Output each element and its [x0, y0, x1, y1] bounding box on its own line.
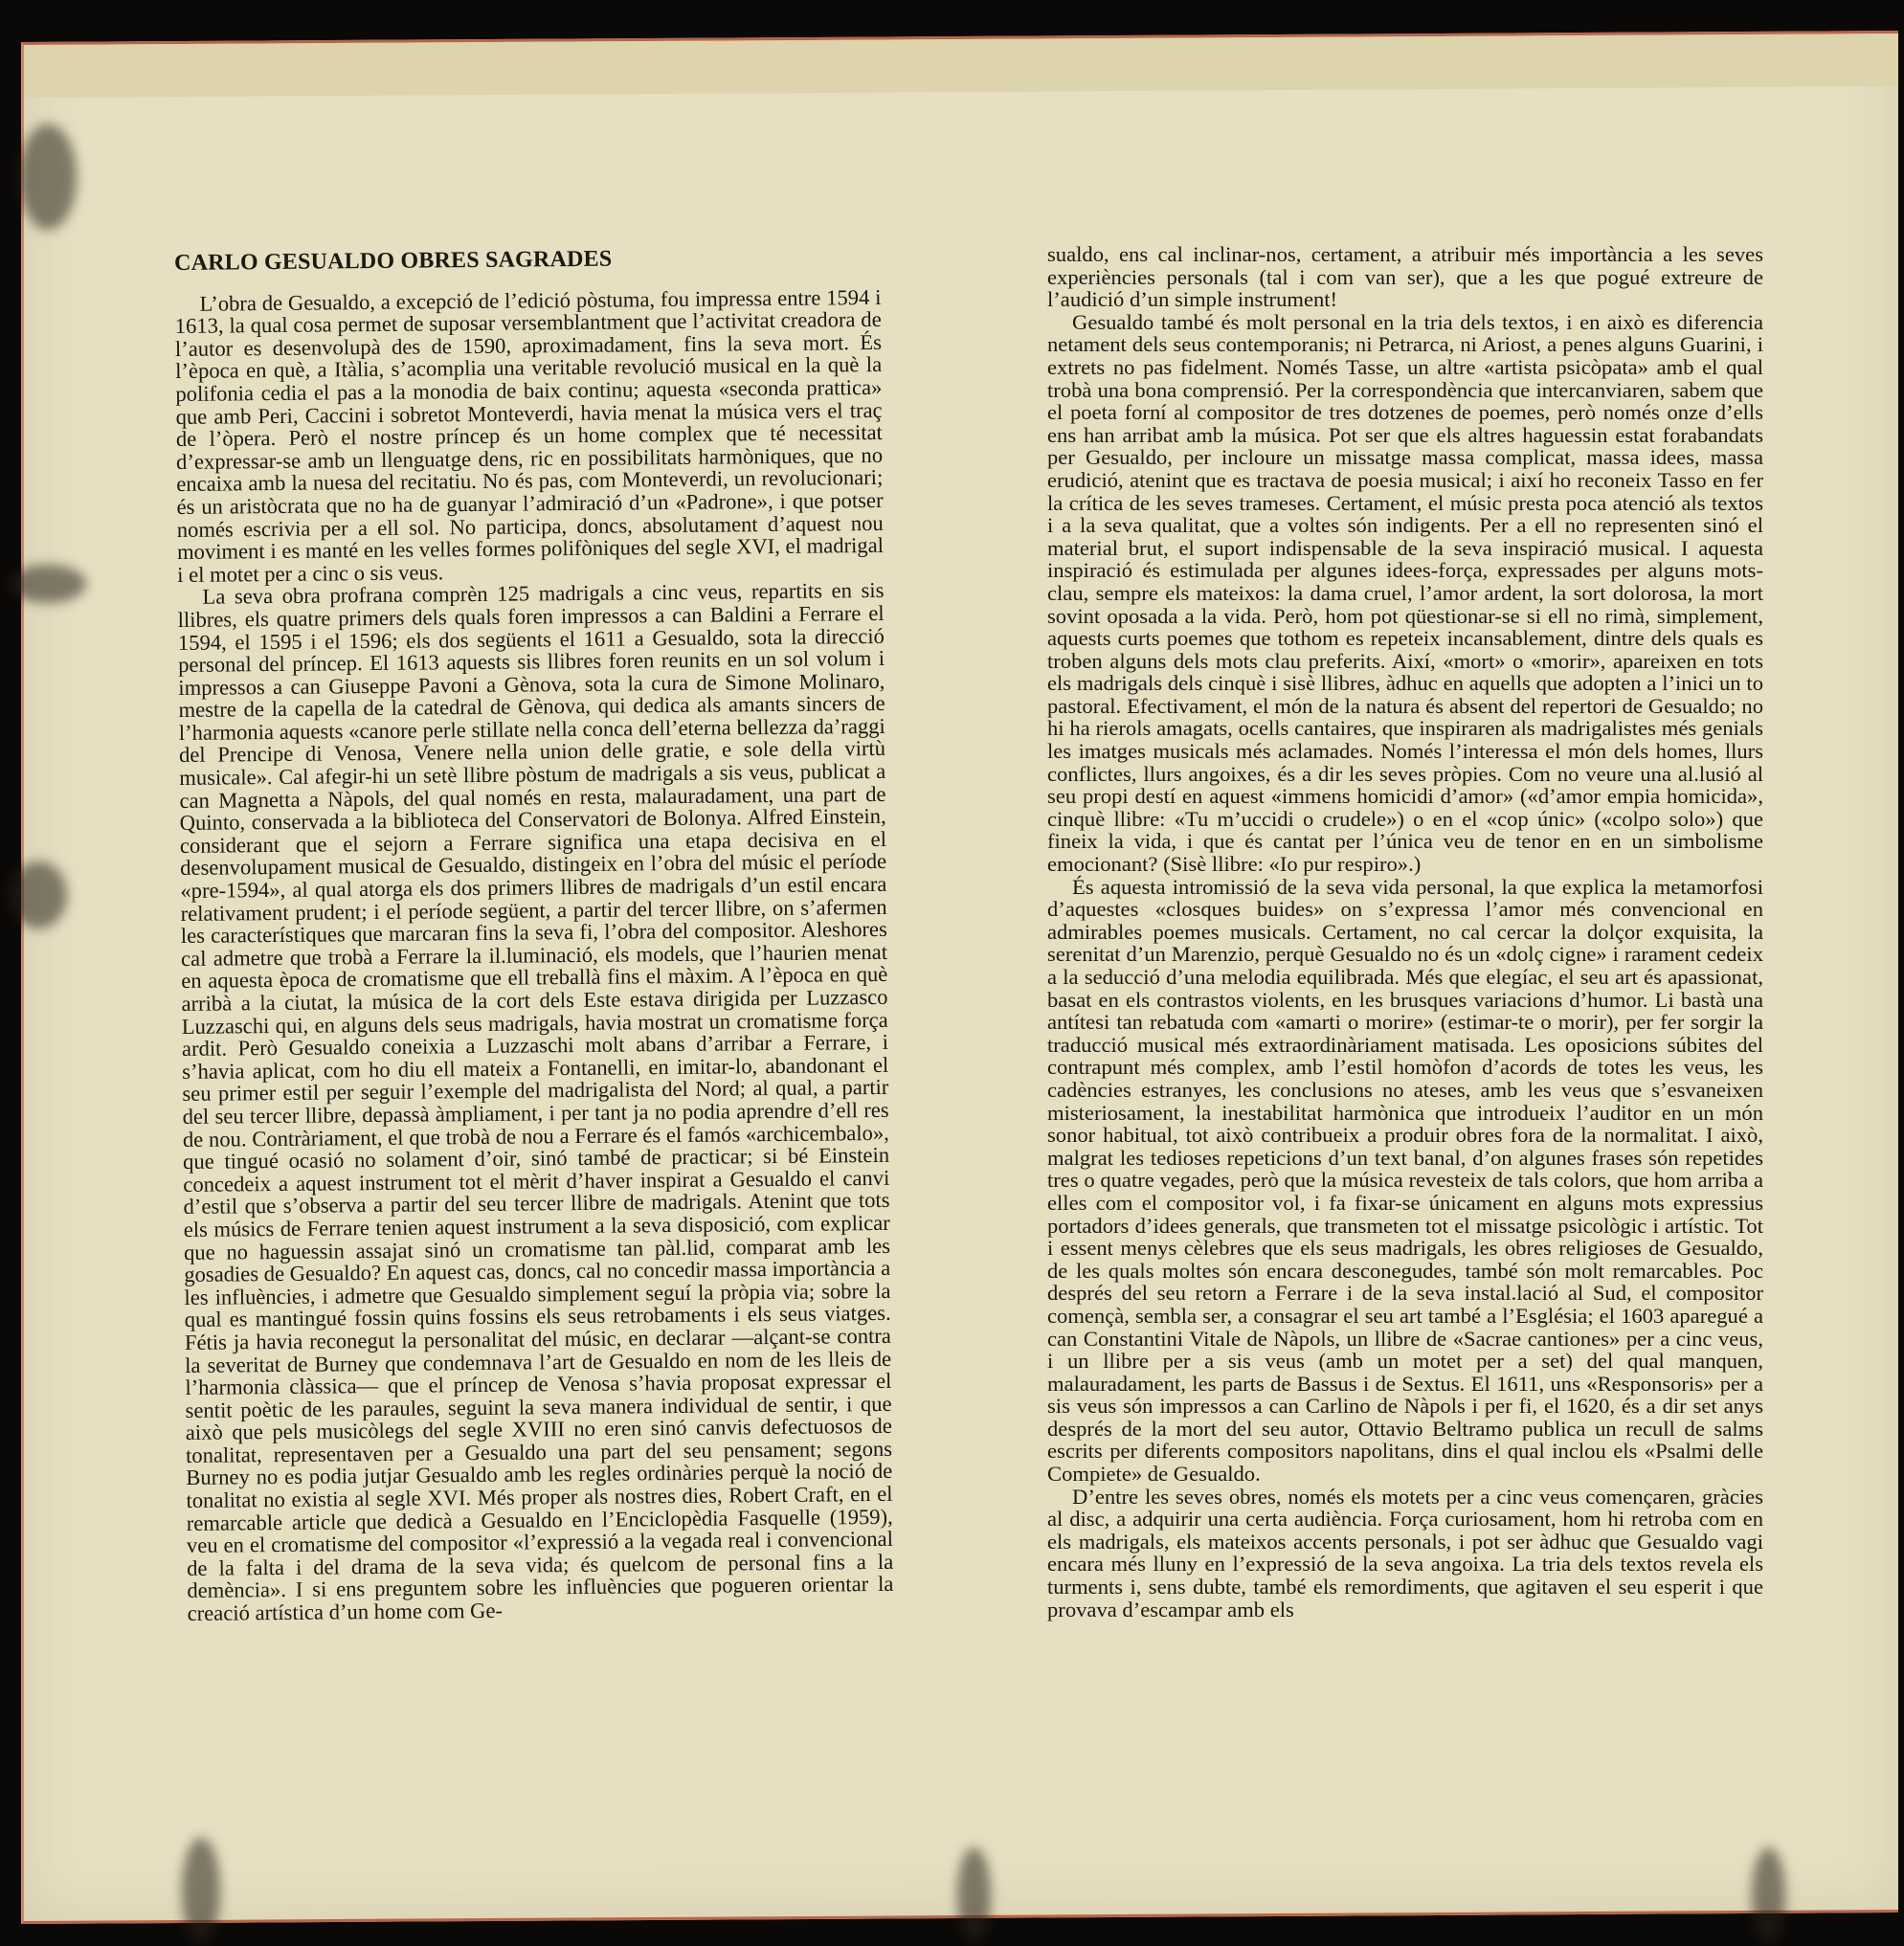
document-title: CARLO GESUALDO OBRES SAGRADES — [174, 246, 881, 276]
right-column: sualdo, ens cal inclinar-nos, certament,… — [1047, 243, 1763, 1621]
left-column: CARLO GESUALDO OBRES SAGRADES L’obra de … — [174, 246, 894, 1625]
paragraph: D’entre les seves obres, només els motet… — [1047, 1486, 1763, 1622]
paragraph: sualdo, ens cal inclinar-nos, certament,… — [1047, 243, 1763, 311]
document-content: CARLO GESUALDO OBRES SAGRADES L’obra de … — [0, 0, 1904, 1946]
paragraph: Gesualdo també és molt personal en la tr… — [1047, 311, 1763, 876]
paragraph: És aquesta intromissió de la seva vida p… — [1047, 876, 1763, 1486]
paragraph: La seva obra profrana comprèn 125 madrig… — [177, 579, 893, 1624]
paragraph: L’obra de Gesualdo, a excepció de l’edic… — [174, 286, 884, 587]
